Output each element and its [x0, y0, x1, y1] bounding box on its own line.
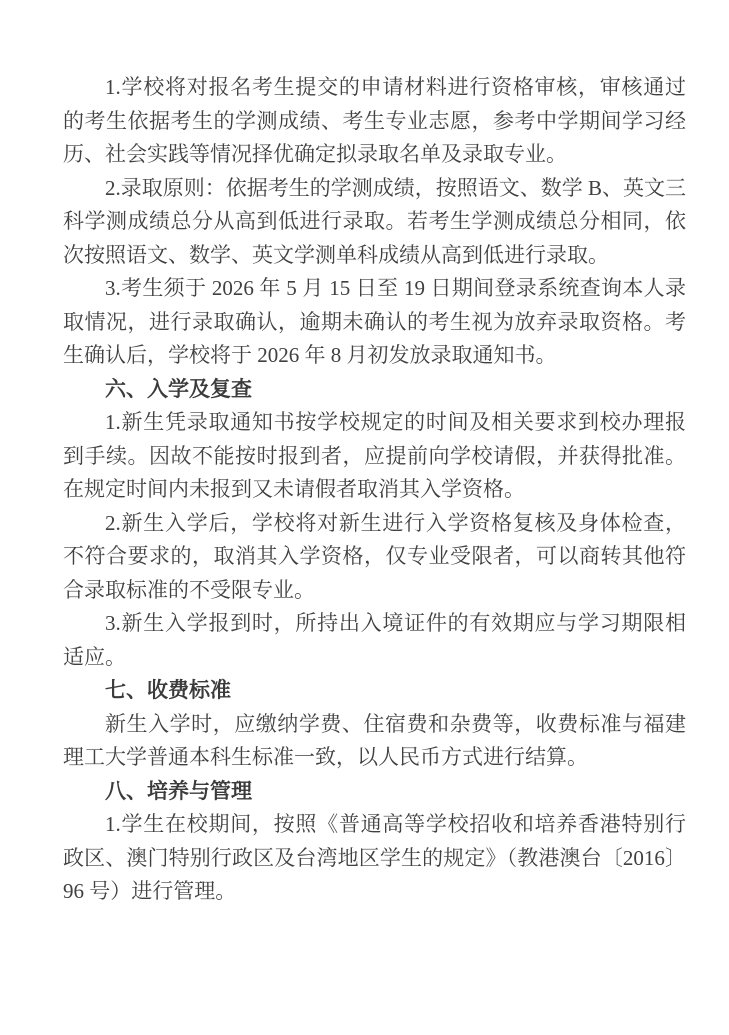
heading-fee-standard: 七、收费标准 [63, 674, 686, 708]
paragraph-admission-confirmation: 3.考生须于 2026 年 5 月 15 日至 19 日期间登录系统查询本人录取… [63, 272, 686, 373]
paragraph-entry-exit-documents: 3.新生入学报到时，所持出入境证件的有效期应与学习期限相适应。 [63, 607, 686, 674]
paragraph-registration-procedure: 1.新生凭录取通知书按学校规定的时间及相关要求到校办理报到手续。因故不能按时报到… [63, 406, 686, 507]
paragraph-qualification-recheck: 2.新生入学后，学校将对新生进行入学资格复核及身体检查，不符合要求的，取消其入学… [63, 507, 686, 608]
paragraph-admission-principle: 2.录取原则：依据考生的学测成绩，按照语文、数学 B、英文三科学测成绩总分从高到… [63, 172, 686, 273]
paragraph-management-regulation: 1.学生在校期间，按照《普通高等学校招收和培养香港特别行政区、澳门特别行政区及台… [63, 808, 686, 909]
paragraph-qualification-review: 1.学校将对报名考生提交的申请材料进行资格审核，审核通过的考生依据考生的学测成绩… [63, 71, 686, 172]
heading-enrollment-and-recheck: 六、入学及复查 [63, 373, 686, 407]
heading-training-and-management: 八、培养与管理 [63, 775, 686, 809]
paragraph-fee-payment: 新生入学时，应缴纳学费、住宿费和杂费等，收费标准与福建理工大学普通本科生标准一致… [63, 708, 686, 775]
document-page: 1.学校将对报名考生提交的申请材料进行资格审核，审核通过的考生依据考生的学测成绩… [0, 0, 729, 1035]
document-body: 1.学校将对报名考生提交的申请材料进行资格审核，审核通过的考生依据考生的学测成绩… [63, 71, 686, 909]
